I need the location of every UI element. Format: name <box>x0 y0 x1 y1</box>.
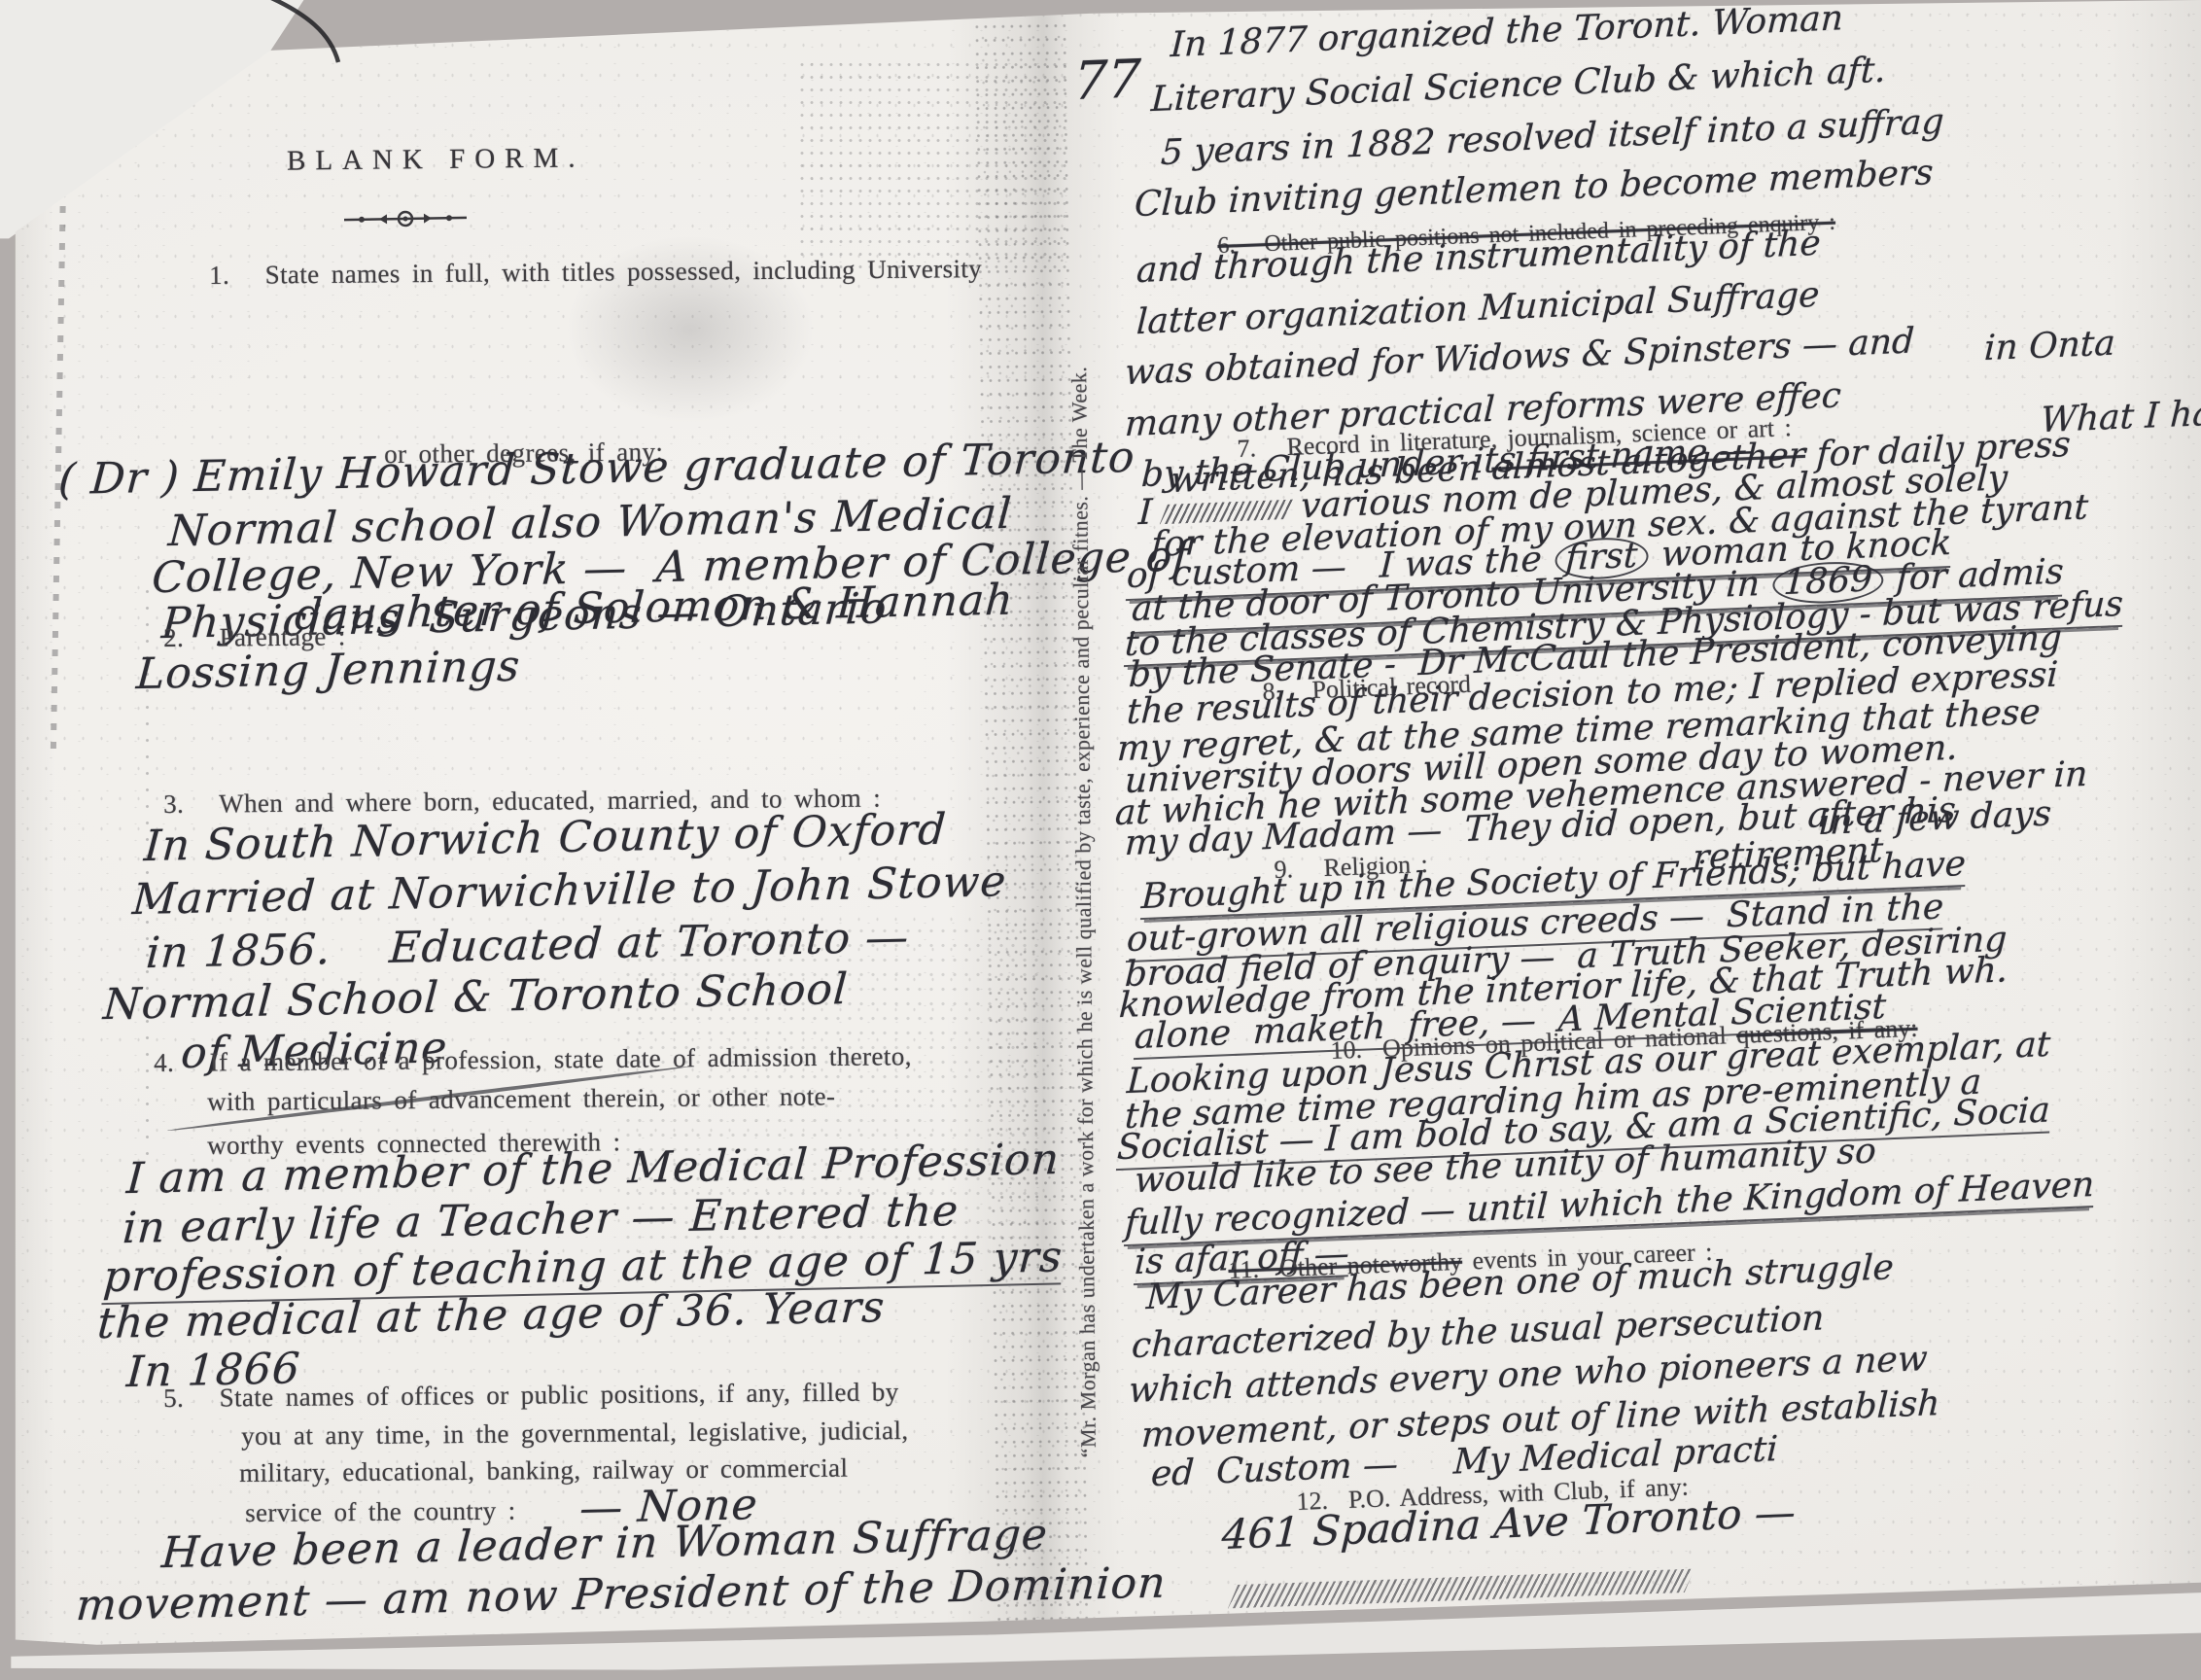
scanned-form-page: BLANK FORM. 1. State names in full, with… <box>0 0 2201 1680</box>
form-page: BLANK FORM. 1. State names in full, with… <box>0 0 2201 1680</box>
margin-page-number: 77 <box>1072 48 1142 112</box>
question-5-line-1: 5. State names of offices or public posi… <box>163 1377 899 1414</box>
question-5-line-2: you at any time, in the governmental, le… <box>241 1416 909 1452</box>
clipped-handwriting-line <box>1228 1569 1694 1609</box>
question-1-line-1: 1. State names in full, with titles poss… <box>209 254 982 291</box>
answer-6-superscript: in Onta <box>1983 324 2116 369</box>
scan-wire-arc-artifact <box>262 0 369 66</box>
question-4-line-2: with particulars of advancement therein,… <box>207 1081 836 1117</box>
answer-2-line: Lossing Jennings <box>135 642 522 699</box>
form-title: BLANK FORM. <box>287 142 585 177</box>
ink-speckle-patch <box>797 58 1069 272</box>
ornament-divider-icon <box>342 205 469 232</box>
